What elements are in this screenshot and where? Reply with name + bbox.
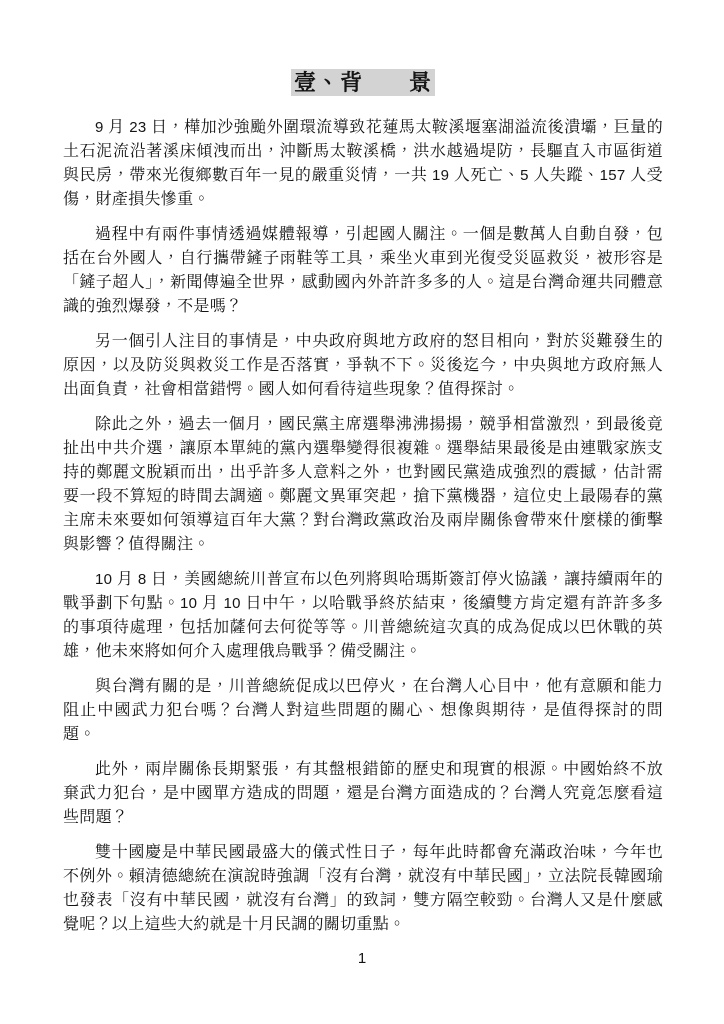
document-page: 壹、背 景 9 月 23 日，樺加沙強颱外圍環流導致花蓮馬太鞍溪堰塞湖溢流後潰壩… (0, 0, 724, 1024)
body-paragraph-5: 10 月 8 日，美國總統川普宣布以色列將與哈瑪斯簽訂停火協議，讓持續兩年的戰爭… (63, 568, 663, 664)
body-paragraph-3: 另一個引人注目的事情是，中央政府與地方政府的怒目相向，對於災難發生的原因，以及防… (63, 330, 663, 402)
body-paragraph-6: 與台灣有關的是，川普總統促成以巴停火，在台灣人心目中，他有意願和能力阻止中國武力… (63, 675, 663, 747)
body-paragraph-1: 9 月 23 日，樺加沙強颱外圍環流導致花蓮馬太鞍溪堰塞湖溢流後潰壩，巨量的土石… (63, 116, 663, 212)
section-title-highlight: 壹、背 景 (291, 69, 435, 96)
body-paragraph-2: 過程中有兩件事情透過媒體報導，引起國人關注。一個是數萬人自動自發，包括在台外國人… (63, 223, 663, 319)
body-paragraph-7: 此外，兩岸關係長期緊張，有其盤根錯節的歷史和現實的根源。中國始終不放棄武力犯台，… (63, 758, 663, 830)
body-paragraph-8: 雙十國慶是中華民國最盛大的儀式性日子，每年此時都會充滿政治味，今年也不例外。賴清… (63, 841, 663, 937)
section-title: 壹、背 景 (63, 70, 663, 96)
page-number: 1 (0, 950, 724, 967)
document-body: 9 月 23 日，樺加沙強颱外圍環流導致花蓮馬太鞍溪堰塞湖溢流後潰壩，巨量的土石… (63, 116, 663, 937)
body-paragraph-4: 除此之外，過去一個月，國民黨主席選舉沸沸揚揚，競爭相當激烈，到最後竟扯出中共介選… (63, 413, 663, 557)
